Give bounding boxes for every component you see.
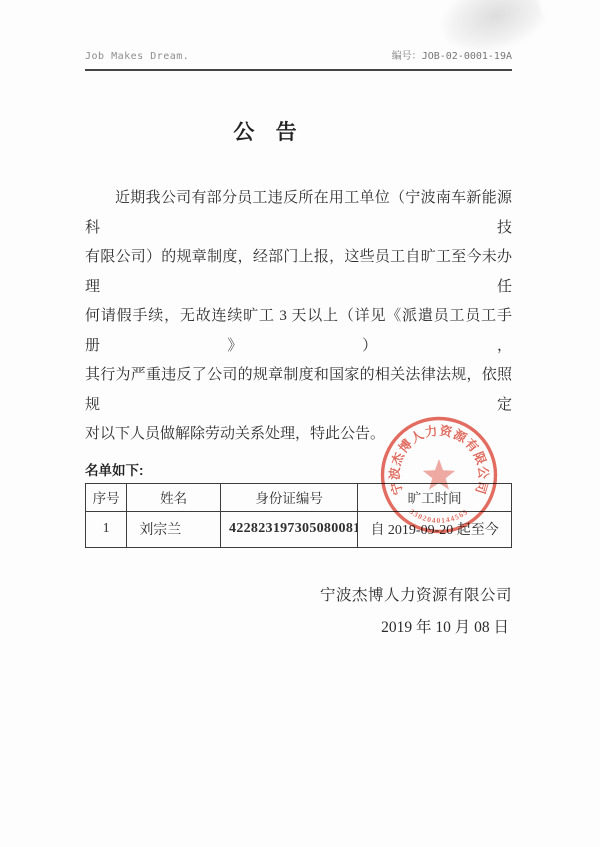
document-content: Job Makes Dream. 编号：JOB-02-0001-19A 公 告 … — [0, 0, 600, 636]
signature-date: 2019 年 10 月 08 日 — [85, 619, 512, 636]
cell-name: 刘宗兰 — [127, 511, 221, 547]
signature-company: 宁波杰博人力资源有限公司 — [85, 587, 512, 604]
roster-label: 名单如下: — [85, 459, 512, 479]
cell-serial: 1 — [86, 511, 127, 547]
company-slogan: Job Makes Dream. — [85, 51, 189, 62]
notice-body: 近期我公司有部分员工违反所在用工单位（宁波南车新能源科技 有限公司）的规章制度，… — [85, 184, 512, 450]
masthead: Job Makes Dream. 编号：JOB-02-0001-19A — [85, 47, 512, 71]
body-line: 对以下人员做解除劳动关系处理，特此公告。 — [85, 420, 512, 450]
cell-absence-period: 自 2019-09-20 起至今 — [358, 511, 512, 547]
header-cell-id-number: 身份证编号 — [221, 483, 358, 511]
signature-block: 宁波杰博人力资源有限公司 2019 年 10 月 08 日 — [85, 587, 512, 636]
roster-table: 序号 姓名 身份证编号 旷工时间 1 刘宗兰 42282319730508008… — [85, 483, 512, 548]
body-line: 何请假手续，无故连续旷工 3 天以上（详见《派遣员工员工手册》）， — [85, 302, 512, 361]
document-number-label: 编号： — [392, 51, 422, 62]
table-header-row: 序号 姓名 身份证编号 旷工时间 — [86, 483, 512, 511]
body-line: 有限公司）的规章制度，经部门上报，这些员工自旷工至今未办理任 — [85, 243, 512, 302]
body-line: 近期我公司有部分员工违反所在用工单位（宁波南车新能源科技 — [85, 184, 512, 243]
notice-document-page: Job Makes Dream. 编号：JOB-02-0001-19A 公 告 … — [0, 0, 600, 847]
header-cell-absence-period: 旷工时间 — [358, 483, 512, 511]
header-cell-serial: 序号 — [86, 483, 127, 511]
body-line: 其行为严重违反了公司的规章制度和国家的相关法律法规，依照规定 — [85, 361, 512, 420]
table-row: 1 刘宗兰 422823197305080081 自 2019-09-20 起至… — [86, 511, 512, 547]
notice-title: 公 告 — [52, 116, 479, 146]
header-cell-name: 姓名 — [127, 483, 221, 511]
cell-id-number: 422823197305080081 — [221, 511, 358, 547]
